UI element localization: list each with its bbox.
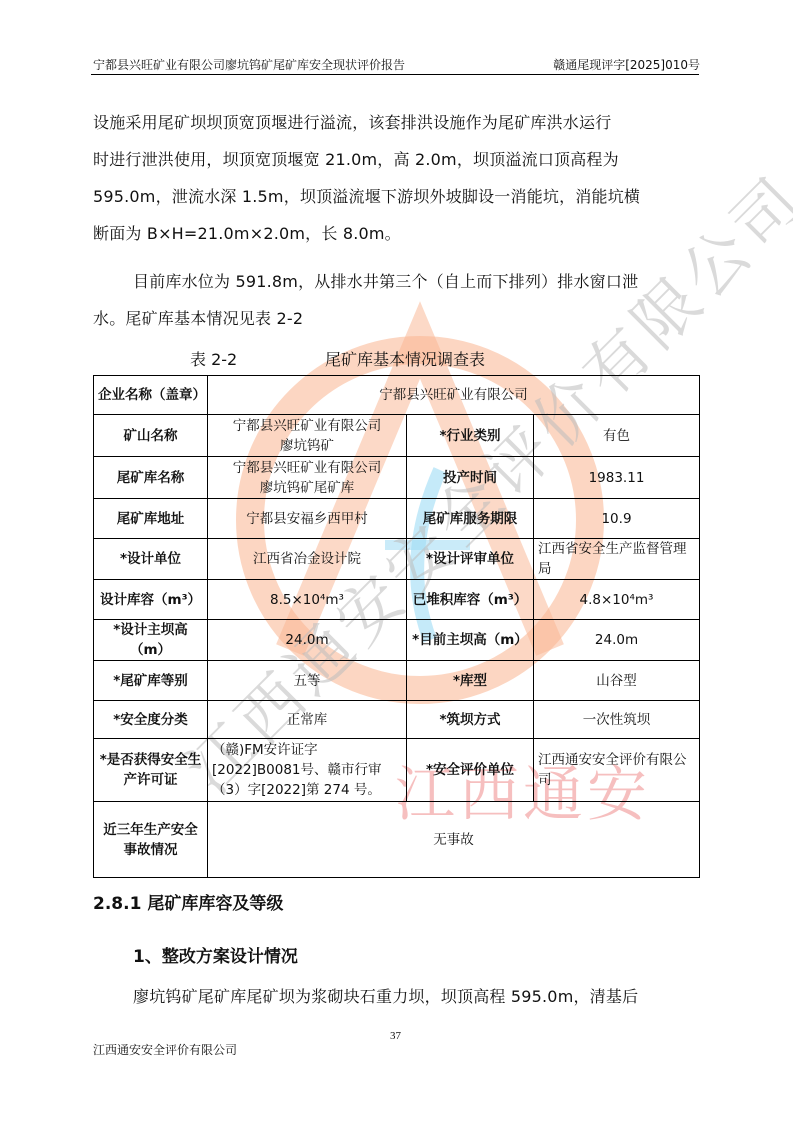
label-cell: *安全度分类 <box>94 701 208 739</box>
table-title: 尾矿库基本情况调查表 <box>325 347 485 370</box>
label-cell: *行业类别 <box>407 415 534 457</box>
value-cell: 4.8×10⁴m³ <box>534 580 700 620</box>
table-row: *安全度分类 正常库 *筑坝方式 一次性筑坝 <box>94 701 700 739</box>
value-cell: 五等 <box>208 661 407 701</box>
label-cell: 尾矿库地址 <box>94 499 208 539</box>
section-heading: 2.8.1 尾矿库库容及等级 <box>93 889 283 914</box>
table-row: 企业名称（盖章） 宁都县兴旺矿业有限公司 <box>94 376 700 415</box>
text-line: 时进行泄洪使用，坝顶宽顶堰宽 21.0m，高 2.0m，坝顶溢流口顶高程为 <box>93 141 699 178</box>
label-cell: *安全评价单位 <box>407 739 534 802</box>
header-doc-number: 赣通尾现评字[2025]010号 <box>553 56 700 73</box>
label-cell: 已堆积库容（m³） <box>407 580 534 620</box>
value-cell: 10.9 <box>534 499 700 539</box>
value-accident: 无事故 <box>208 802 700 878</box>
value-enterprise: 宁都县兴旺矿业有限公司 <box>208 376 700 415</box>
value-cell: 有色 <box>534 415 700 457</box>
label-accident: 近三年生产安全事故情况 <box>94 802 208 878</box>
value-cell: 江西通安安全评价有限公司 <box>534 739 700 802</box>
value-cell: 山谷型 <box>534 661 700 701</box>
label-cell: *目前主坝高（m） <box>407 620 534 661</box>
table-row: *尾矿库等别 五等 *库型 山谷型 <box>94 661 700 701</box>
label-cell: *设计主坝高（m） <box>94 620 208 661</box>
header-rule <box>91 74 699 75</box>
label-cell: 尾矿库名称 <box>94 457 208 499</box>
document-page: 江西通安安全评价有限公司 江西通安 宁都县兴旺矿业有限公司廖坑钨矿尾矿库安全现状… <box>0 0 793 1122</box>
text-line: 595.0m，泄流水深 1.5m，坝顶溢流堰下游坝外坡脚设一消能坑，消能坑横 <box>93 178 699 215</box>
table-row: 尾矿库名称 宁都县兴旺矿业有限公司 廖坑钨矿尾矿库 投产时间 1983.11 <box>94 457 700 499</box>
value-cell: 24.0m <box>208 620 407 661</box>
paragraph-spillway: 设施采用尾矿坝坝顶宽顶堰进行溢流，该套排洪设施作为尾矿库洪水运行 时进行泄洪使用… <box>93 104 699 252</box>
label-cell: 投产时间 <box>407 457 534 499</box>
table-row: 近三年生产安全事故情况 无事故 <box>94 802 700 878</box>
value-cell: 宁都县兴旺矿业有限公司 廖坑钨矿尾矿库 <box>208 457 407 499</box>
label-cell: *库型 <box>407 661 534 701</box>
value-cell: 宁都县安福乡西甲村 <box>208 499 407 539</box>
label-cell: 设计库容（m³） <box>94 580 208 620</box>
value-cell: 8.5×10⁴m³ <box>208 580 407 620</box>
value-cell: 正常库 <box>208 701 407 739</box>
table-row: 矿山名称 宁都县兴旺矿业有限公司 廖坑钨矿 *行业类别 有色 <box>94 415 700 457</box>
paragraph-dam: 廖坑钨矿尾矿库尾矿坝为浆砌块石重力坝，坝顶高程 595.0m，清基后 <box>93 978 699 1015</box>
label-enterprise: 企业名称（盖章） <box>94 376 208 415</box>
value-cell: （赣)FM安许证字[2022]B0081号、赣市行审（3）字[2022]第 27… <box>208 739 407 802</box>
table-row: 设计库容（m³） 8.5×10⁴m³ 已堆积库容（m³） 4.8×10⁴m³ <box>94 580 700 620</box>
value-cell: 24.0m <box>534 620 700 661</box>
label-cell: *设计单位 <box>94 539 208 580</box>
label-cell: *筑坝方式 <box>407 701 534 739</box>
label-cell: *是否获得安全生产许可证 <box>94 739 208 802</box>
label-cell: *尾矿库等别 <box>94 661 208 701</box>
subsection-heading: 1、整改方案设计情况 <box>133 942 298 967</box>
label-cell: *设计评审单位 <box>407 539 534 580</box>
table-row: 尾矿库地址 宁都县安福乡西甲村 尾矿库服务期限 10.9 <box>94 499 700 539</box>
label-cell: 矿山名称 <box>94 415 208 457</box>
text-line: 断面为 B×H=21.0m×2.0m，长 8.0m。 <box>93 215 699 252</box>
label-cell: 尾矿库服务期限 <box>407 499 534 539</box>
value-cell: 江西省安全生产监督管理局 <box>534 539 700 580</box>
text-line: 目前库水位为 591.8m，从排水井第三个（自上而下排列）排水窗口泄 <box>93 263 699 300</box>
header-title: 宁都县兴旺矿业有限公司廖坑钨矿尾矿库安全现状评价报告 <box>93 56 405 73</box>
table-row: *设计单位 江西省冶金设计院 *设计评审单位 江西省安全生产监督管理局 <box>94 539 700 580</box>
page-number: 37 <box>390 1030 401 1042</box>
text-line: 水。尾矿库基本情况见表 2-2 <box>93 300 699 337</box>
tailings-info-table: 企业名称（盖章） 宁都县兴旺矿业有限公司 矿山名称 宁都县兴旺矿业有限公司 廖坑… <box>93 375 700 878</box>
value-cell: 宁都县兴旺矿业有限公司 廖坑钨矿 <box>208 415 407 457</box>
footer-company: 江西通安安全评价有限公司 <box>93 1041 237 1058</box>
value-cell: 1983.11 <box>534 457 700 499</box>
value-cell: 一次性筑坝 <box>534 701 700 739</box>
value-cell: 江西省冶金设计院 <box>208 539 407 580</box>
text-line: 设施采用尾矿坝坝顶宽顶堰进行溢流，该套排洪设施作为尾矿库洪水运行 <box>93 104 699 141</box>
table-row: *设计主坝高（m） 24.0m *目前主坝高（m） 24.0m <box>94 620 700 661</box>
text-line: 廖坑钨矿尾矿库尾矿坝为浆砌块石重力坝，坝顶高程 595.0m，清基后 <box>93 978 699 1015</box>
table-number: 表 2-2 <box>190 347 237 370</box>
paragraph-water-level: 目前库水位为 591.8m，从排水井第三个（自上而下排列）排水窗口泄 水。尾矿库… <box>93 263 699 337</box>
table-row: *是否获得安全生产许可证 （赣)FM安许证字[2022]B0081号、赣市行审（… <box>94 739 700 802</box>
page-header: 宁都县兴旺矿业有限公司廖坑钨矿尾矿库安全现状评价报告 赣通尾现评字[2025]0… <box>93 56 700 74</box>
